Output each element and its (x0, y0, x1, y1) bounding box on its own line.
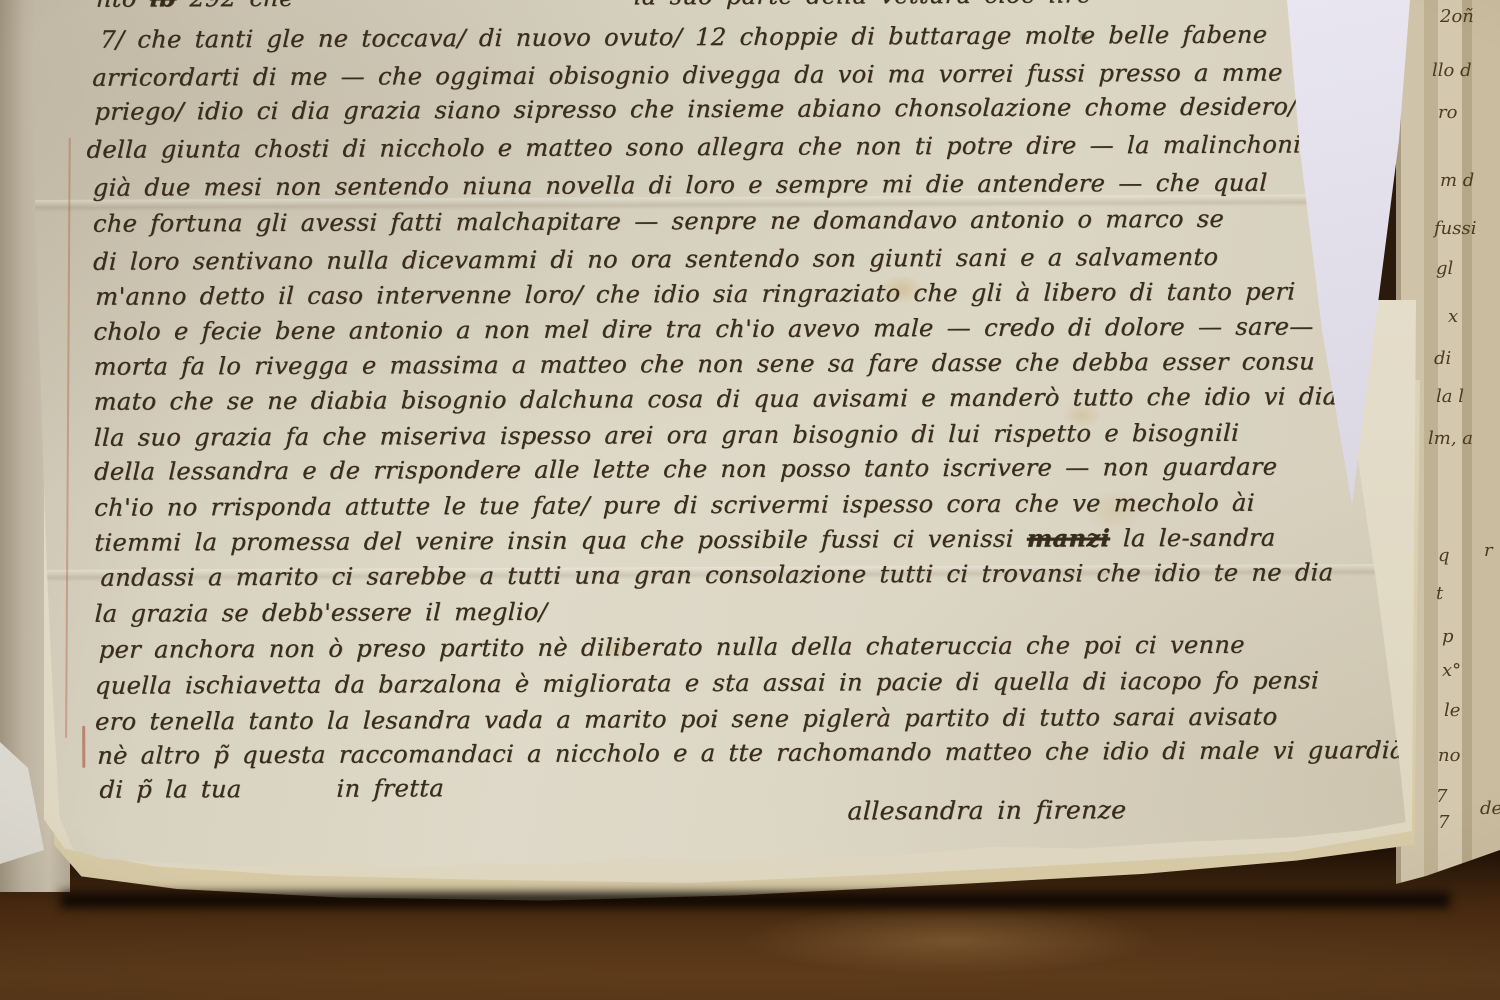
manuscript-photograph: 2oñllo drom dfussiglxdila llm, aqtpx°len… (0, 0, 1500, 1000)
side-page-fragment: m d (1440, 170, 1474, 191)
line-text: ero tenella tanto la lesandra vada a mar… (95, 703, 1278, 736)
line-text: arricordarti di me — che oggimai obisogn… (92, 59, 1283, 92)
manuscript-line: della giunta chosti di niccholo e matteo… (86, 130, 1398, 164)
side-page-fragment: 2oñ (1440, 6, 1474, 27)
line-text: per anchora non ò preso partito nè dilib… (98, 631, 1245, 664)
manuscript-line: la grazia se debb'essere il meglio/ (94, 598, 547, 628)
manuscript-line: 7/ che tanti gle ne toccava/ di nuovo ov… (100, 21, 1268, 54)
paper-stack-shadow (60, 892, 1450, 908)
line-text: la le-sandra (1110, 524, 1277, 553)
side-page-fragment: t (1436, 583, 1443, 604)
line-text: in fretta (336, 774, 444, 802)
side-page-fragment: fussi (1434, 218, 1477, 239)
manuscript-line: ch'io no rrisponda attutte le tue fate/ … (94, 489, 1255, 522)
line-text: nè altro p̃ questa raccomandaci a niccho… (97, 736, 1405, 770)
side-page-fragment: de (1480, 798, 1500, 819)
manuscript-line: mato che se ne diabia bisognio dalchuna … (93, 382, 1381, 416)
line-text: quella ischiavetta da barzalona è miglio… (95, 666, 1320, 699)
struck-word: manzi (1026, 523, 1110, 552)
manuscript-line: tiemmi la promessa del venire insin qua … (94, 523, 1276, 557)
line-text: di loro sentivano nulla dicevammi di no … (93, 243, 1219, 276)
side-page-fragment: 7 (1438, 812, 1449, 833)
line-text: di p̃ la tua (99, 775, 242, 804)
line-text: morta fa lo rivegga e massima a matteo c… (93, 347, 1315, 380)
manuscript-line: morta fa lo rivegga e massima a matteo c… (93, 347, 1315, 380)
line-text: lla suo grazia fa che miseriva ispesso a… (93, 419, 1239, 452)
line-text: tiemmi la promessa del venire insin qua … (94, 525, 1027, 557)
manuscript-line: già due mesi non sentendo niuna novella … (92, 169, 1267, 202)
line-text: della giunta chosti di niccholo e matteo… (86, 130, 1398, 164)
side-page-fragment: llo d (1432, 60, 1472, 81)
manuscript-line: andassi a marito ci sarebbe a tutti una … (100, 558, 1334, 591)
line-text: cholo e fecie bene antonio a non mel dir… (93, 312, 1314, 345)
line-text: allesandra in firenze (847, 795, 1127, 825)
line-text: la suo parte della vettura cioè lire (633, 0, 1092, 10)
manuscript-line: che fortuna gli avessi fatti malchapitar… (93, 205, 1225, 238)
wood-sheen-highlight (740, 905, 1160, 975)
side-page-fragment: p (1442, 626, 1454, 647)
side-page-fragment: di (1434, 348, 1451, 369)
manuscript-line: per anchora non ò preso partito nè dilib… (98, 631, 1245, 664)
manuscript-line: della lessandra e de rrispondere alle le… (94, 453, 1278, 486)
line-text: della lessandra e de rrispondere alle le… (94, 453, 1278, 486)
manuscript-line: cholo e fecie bene antonio a non mel dir… (93, 312, 1314, 345)
line-text: nto (96, 0, 151, 13)
manuscript-line: nè altro p̃ questa raccomandaci a niccho… (97, 736, 1405, 770)
side-page-fragment: x (1448, 306, 1458, 327)
manuscript-line: priego/ idio ci dia grazia siano sipress… (94, 93, 1297, 126)
line-text: priego/ idio ci dia grazia siano sipress… (94, 93, 1297, 126)
line-text: che fortuna gli avessi fatti malchapitar… (93, 205, 1225, 238)
line-text: 7/ che tanti gle ne toccava/ di nuovo ov… (100, 21, 1268, 54)
manuscript-line: ero tenella tanto la lesandra vada a mar… (95, 703, 1278, 736)
line-text: mato che se ne diabia bisognio dalchuna … (93, 382, 1381, 416)
line-text: la grazia se debb'essere il meglio/ (94, 598, 547, 628)
line-text: andassi a marito ci sarebbe a tutti una … (100, 558, 1334, 591)
side-page-fragment: gl (1436, 258, 1453, 279)
struck-word: lb (149, 0, 177, 13)
line-text: 292 che (176, 0, 294, 12)
manuscript-line: m'anno detto il caso intervenne loro/ ch… (95, 278, 1296, 311)
side-page-fragment: no (1438, 745, 1460, 766)
line-text: ch'io no rrisponda attutte le tue fate/ … (94, 489, 1255, 522)
manuscript-line: lla suo grazia fa che miseriva ispesso a… (93, 419, 1239, 452)
manuscript-line: arricordarti di me — che oggimai obisogn… (92, 59, 1283, 92)
side-page-fragment: ro (1438, 102, 1457, 123)
closing-line: di p̃ la tuain fretta (99, 774, 444, 804)
red-ink-stain (82, 726, 85, 768)
side-page-fragment: la l (1436, 386, 1464, 407)
manuscript-text: nto lb 292 chela suo parte della vettura… (92, 0, 1416, 850)
line-text: m'anno detto il caso intervenne loro/ ch… (95, 278, 1296, 311)
red-margin-rule (65, 138, 71, 738)
manuscript-line: di loro sentivano nulla dicevammi di no … (93, 243, 1219, 276)
signature-line: allesandra in firenze (847, 795, 1127, 825)
side-page-fragment: le (1444, 700, 1460, 721)
side-page-fragment: r (1484, 540, 1493, 561)
side-page-fragment: q (1438, 545, 1450, 566)
side-page-fragment: x° (1442, 660, 1461, 681)
line-text: già due mesi non sentendo niuna novella … (92, 169, 1267, 202)
side-page-fragment: lm, a (1428, 428, 1473, 449)
manuscript-line: quella ischiavetta da barzalona è miglio… (95, 666, 1320, 699)
side-page-fragment: 7 (1436, 786, 1447, 807)
manuscript-line-top-clipped: nto lb 292 chela suo parte della vettura… (96, 0, 1092, 13)
